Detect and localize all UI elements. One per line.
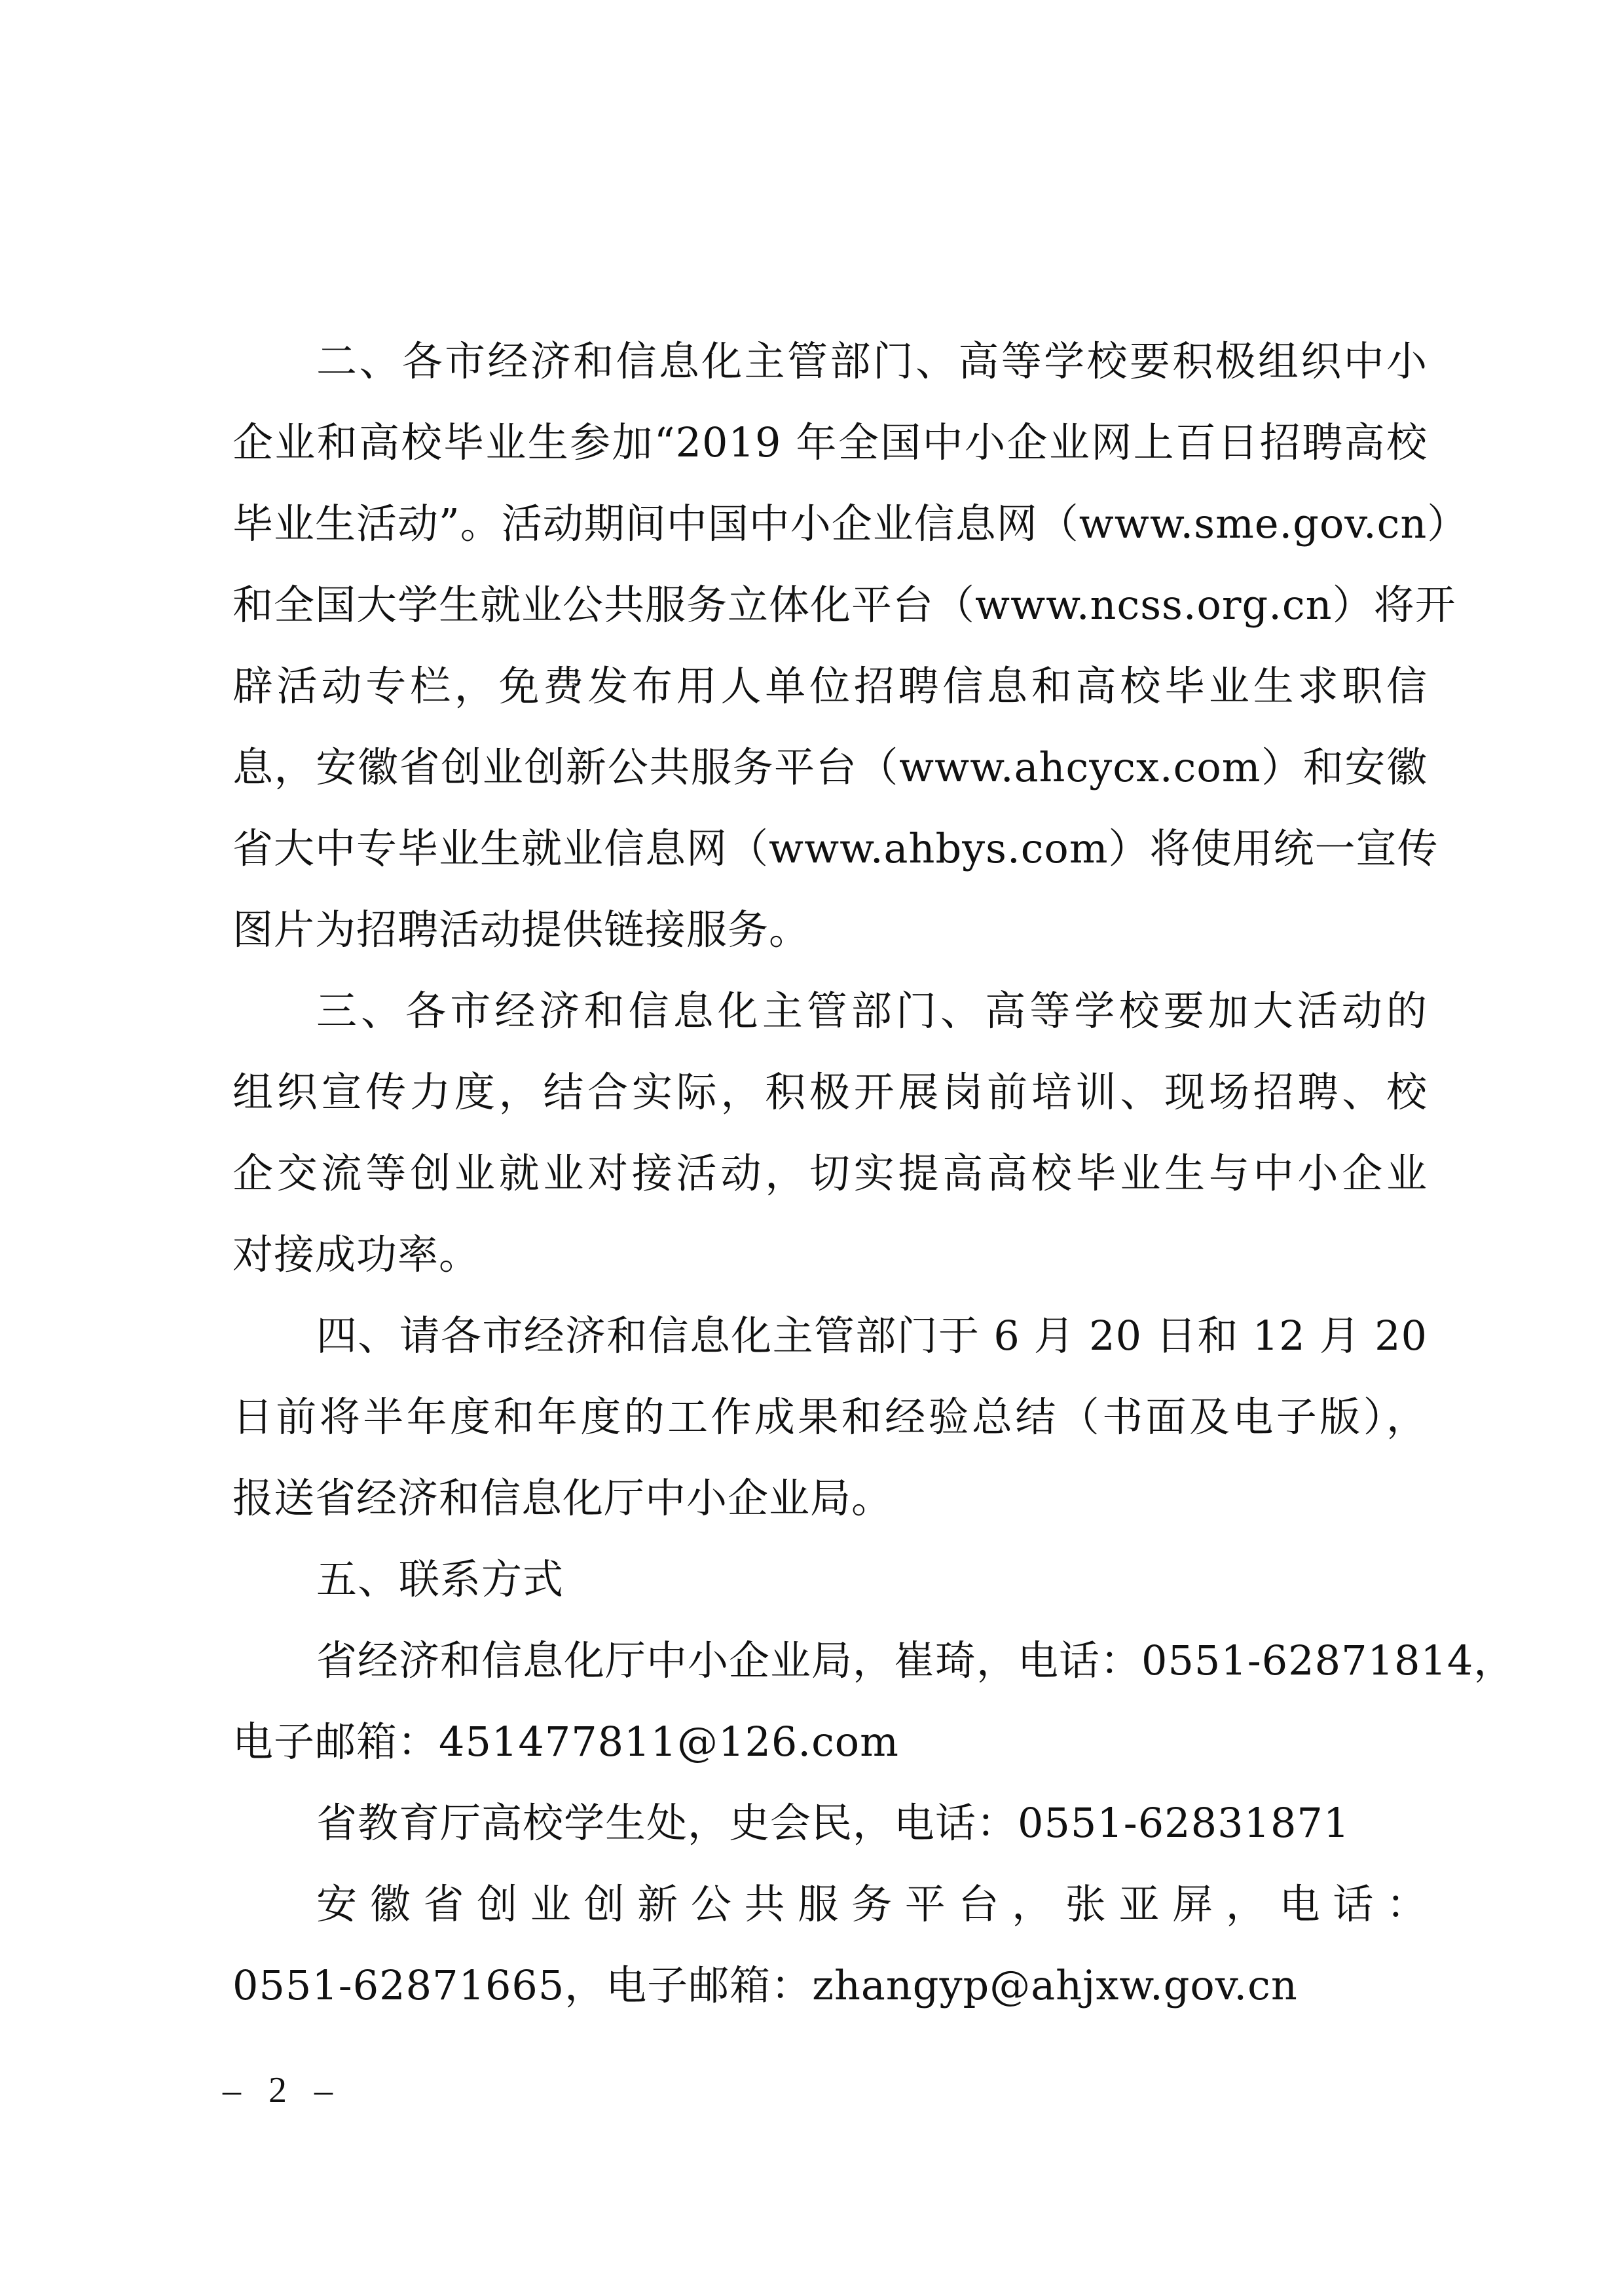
text-line: 毕业生活动”。活动期间中国中小企业信息网（www.sme.gov.cn） <box>232 483 1428 565</box>
text-line: 四、请各市经济和信息化主管部门于 6 月 20 日和 12 月 20 <box>232 1295 1428 1377</box>
paragraph-item-4: 四、请各市经济和信息化主管部门于 6 月 20 日和 12 月 20 日前将半年… <box>232 1295 1428 1539</box>
text-line: 二、各市经济和信息化主管部门、高等学校要积极组织中小 <box>232 321 1428 402</box>
text-line: 企业和高校毕业生参加“2019 年全国中小企业网上百日招聘高校 <box>232 402 1428 483</box>
paragraph-item-2: 二、各市经济和信息化主管部门、高等学校要积极组织中小 企业和高校毕业生参加“20… <box>232 321 1428 971</box>
document-body: 二、各市经济和信息化主管部门、高等学校要积极组织中小 企业和高校毕业生参加“20… <box>232 321 1428 2026</box>
text-line: 省经济和信息化厅中小企业局，崔琦，电话：0551-62871814， <box>232 1620 1428 1701</box>
contact-education-dept: 省教育厅高校学生处，史会民，电话：0551-62831871 <box>232 1783 1428 1864</box>
text-line: 和全国大学生就业公共服务立体化平台（www.ncss.org.cn）将开 <box>232 565 1428 646</box>
text-line: 电子邮箱：451477811@126.com <box>232 1701 1428 1783</box>
contact-sme-bureau: 省经济和信息化厅中小企业局，崔琦，电话：0551-62871814， 电子邮箱：… <box>232 1620 1428 1783</box>
text-line: 组织宣传力度，结合实际，积极开展岗前培训、现场招聘、校 <box>232 1052 1428 1133</box>
text-line: 0551-62871665，电子邮箱：zhangyp@ahjxw.gov.cn <box>232 1945 1428 2026</box>
text-line: 图片为招聘活动提供链接服务。 <box>232 889 1428 971</box>
text-line: 企交流等创业就业对接活动，切实提高高校毕业生与中小企业 <box>232 1133 1428 1214</box>
paragraph-item-3: 三、各市经济和信息化主管部门、高等学校要加大活动的 组织宣传力度，结合实际，积极… <box>232 971 1428 1295</box>
text-line: 省大中专毕业生就业信息网（www.ahbys.com）将使用统一宣传 <box>232 808 1428 889</box>
section-heading-contact: 五、联系方式 <box>232 1539 1428 1620</box>
page-number: – 2 – <box>223 2069 342 2111</box>
text-line: 息，安徽省创业创新公共服务平台（www.ahcycx.com）和安徽 <box>232 727 1428 808</box>
text-line: 日前将半年度和年度的工作成果和经验总结（书面及电子版）， <box>232 1377 1428 1458</box>
contact-innovation-platform: 安徽省创业创新公共服务平台，张亚屏，电话： 0551-62871665，电子邮箱… <box>232 1864 1428 2026</box>
text-line: 辟活动专栏，免费发布用人单位招聘信息和高校毕业生求职信 <box>232 646 1428 727</box>
text-line: 三、各市经济和信息化主管部门、高等学校要加大活动的 <box>232 971 1428 1052</box>
text-line: 对接成功率。 <box>232 1214 1428 1295</box>
heading-text: 五、联系方式 <box>232 1539 1428 1620</box>
text-line: 省教育厅高校学生处，史会民，电话：0551-62831871 <box>232 1783 1428 1864</box>
text-line: 安徽省创业创新公共服务平台，张亚屏，电话： <box>232 1864 1428 1945</box>
document-page: 二、各市经济和信息化主管部门、高等学校要积极组织中小 企业和高校毕业生参加“20… <box>0 0 1624 2296</box>
text-line: 报送省经济和信息化厅中小企业局。 <box>232 1458 1428 1539</box>
